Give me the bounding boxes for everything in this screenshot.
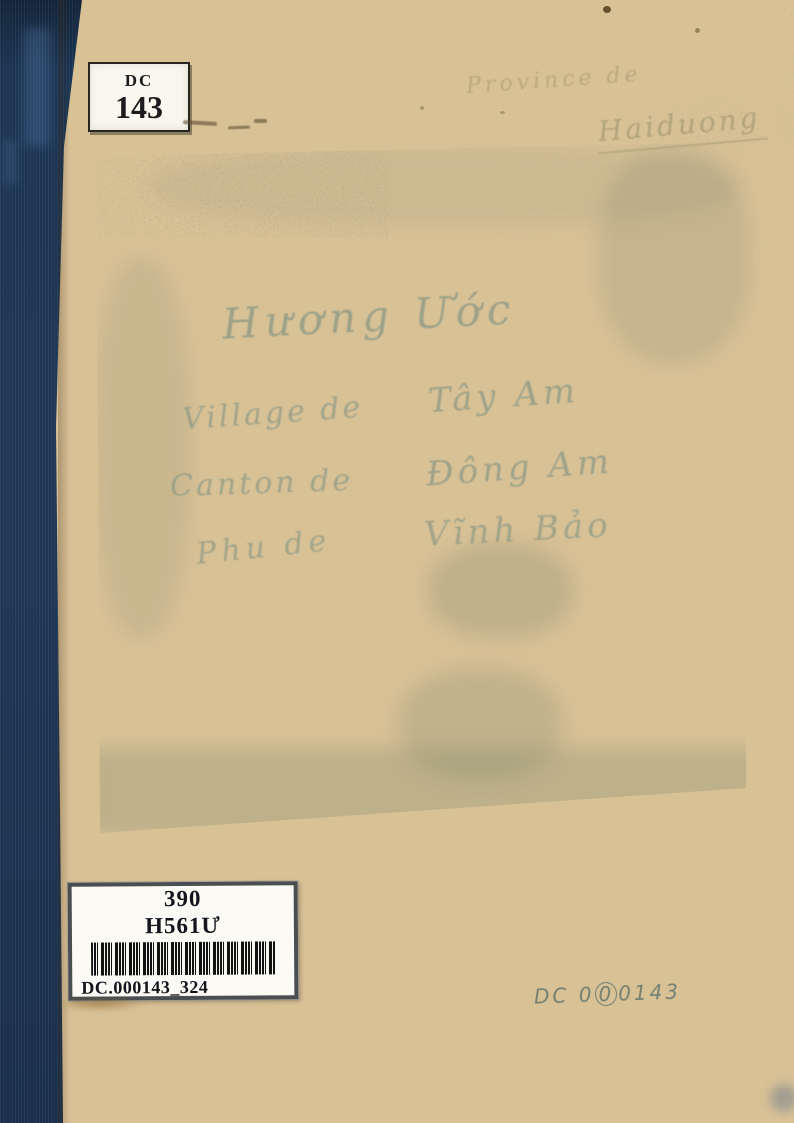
item-code: DC.000143_324 xyxy=(81,978,208,997)
texture-blotch xyxy=(598,148,750,363)
stain-speck xyxy=(603,6,611,13)
collection-code: DC xyxy=(125,72,154,89)
texture-blotch xyxy=(94,258,190,638)
page-edge-grime xyxy=(770,0,794,1123)
classification-number: 143 xyxy=(115,91,163,123)
cover-paper: DC 143 Province de Haiduong Hương Ước Vi… xyxy=(0,0,794,1123)
spine-wear-mark xyxy=(2,140,18,184)
pencil-note-prefix: DC 0 xyxy=(534,982,595,1008)
canton-label: Canton de xyxy=(169,463,353,504)
stain-smudge xyxy=(770,1084,794,1112)
classification-label: DC 143 xyxy=(88,62,190,132)
province-label: Province de xyxy=(465,62,642,99)
pencil-inventory-note: DC 000143 xyxy=(534,979,682,1008)
spine-wear-mark xyxy=(24,28,50,146)
call-number-label: 390 H561Ư DC.000143_324 xyxy=(68,881,299,1001)
stain-speck xyxy=(500,111,505,114)
ink-dash-mark xyxy=(228,126,250,130)
class-number: 390 xyxy=(164,886,202,913)
barcode-icon xyxy=(91,941,275,975)
pencil-note-circled-digit: 0 xyxy=(595,982,618,1007)
pencil-note-suffix: 0143 xyxy=(618,979,682,1005)
texture-blotch xyxy=(428,543,573,638)
stain-smudge xyxy=(54,997,146,1012)
cutter-number: H561Ư xyxy=(145,912,221,939)
texture-blotch xyxy=(88,748,794,836)
stain-speck xyxy=(695,28,700,33)
stain-speck xyxy=(420,106,424,110)
ink-dash-mark xyxy=(254,119,267,123)
